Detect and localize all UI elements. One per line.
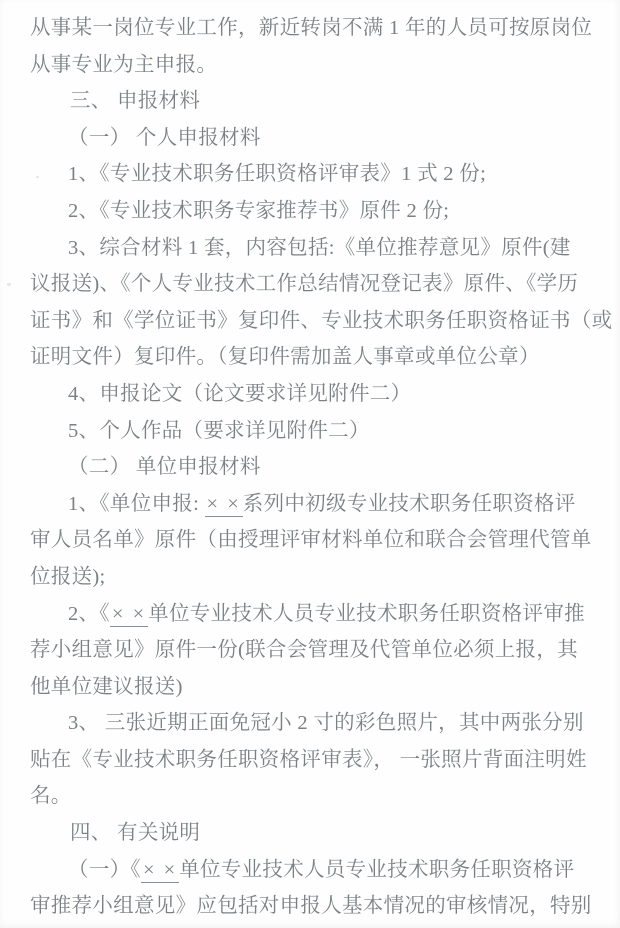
text-segment: 1、《单位申报: <box>68 493 205 515</box>
underlined-blank: × × <box>110 603 148 627</box>
text-line: 证书》和《学位证书》复印件、专业技术职务任职资格证书（或 <box>30 303 596 340</box>
text-segment: （一）《 <box>68 859 141 881</box>
text-segment: 单位专业技术人员专业技术职务任职资格评 <box>179 859 574 881</box>
text-line: 审人员名单》原件（由授理评审材料单位和联合会管理代管单 <box>30 522 596 559</box>
text-line: 2、《× ×单位专业技术人员专业技术职务任职资格评审推 <box>30 596 596 633</box>
document-page: 从事某一岗位专业工作，新近转岗不满 1 年的人员可按原岗位 从事专业为主申报。 … <box>0 0 620 928</box>
text-line: 名。 <box>30 778 596 815</box>
text-segment: 单位专业技术人员专业技术职务任职资格评审推 <box>148 603 585 625</box>
text-line: 议报送)、《个人专业技术工作总结情况登记表》原件、《学历 <box>30 266 596 303</box>
text-line: 3、综合材料 1 套，内容包括:《单位推荐意见》原件(建 <box>30 230 596 267</box>
text-line: 3、 三张近期正面免冠小 2 寸的彩色照片，其中两张分别 <box>30 705 596 742</box>
text-line: 审推荐小组意见》应包括对申报人基本情况的审核情况，特别 <box>30 888 596 925</box>
text-line: 2、《专业技术职务专家推荐书》原件 2 份; <box>30 193 596 230</box>
text-line: 从事某一岗位专业工作，新近转岗不满 1 年的人员可按原岗位 <box>30 10 596 47</box>
sub-heading: （一） 个人申报材料 <box>30 120 596 157</box>
text-line: 位报送); <box>30 559 596 596</box>
scan-speckle <box>36 176 39 178</box>
text-line: 从事专业为主申报。 <box>30 47 596 84</box>
text-line: （一）《× ×单位专业技术人员专业技术职务任职资格评 <box>30 852 596 889</box>
section-heading: 三、 申报材料 <box>30 83 596 120</box>
underlined-blank: × × <box>205 493 243 517</box>
text-line: 4、申报论文（论文要求详见附件二） <box>30 376 596 413</box>
scan-speckle <box>7 283 11 286</box>
underlined-blank: × × <box>141 859 179 883</box>
text-line: 1、《单位申报: × ×系列中初级专业技术职务任职资格评 <box>30 486 596 523</box>
section-heading: 四、 有关说明 <box>30 815 596 852</box>
text-line: 贴在《专业技术职务任职资格评审表》， 一张照片背面注明姓 <box>30 742 596 779</box>
text-segment: 2、《 <box>68 603 110 625</box>
text-line: 1、《专业技术职务任职资格评审表》1 式 2 份; <box>30 156 596 193</box>
text-segment: 系列中初级专业技术职务任职资格评 <box>243 493 576 515</box>
text-line: 他单位建议报送) <box>30 669 596 706</box>
text-line: 荐小组意见》原件一份(联合会管理及代管单位必须上报，其 <box>30 632 596 669</box>
text-line: 5、个人作品（要求详见附件二） <box>30 413 596 450</box>
sub-heading: （二） 单位申报材料 <box>30 449 596 486</box>
text-line: 证明文件）复印件。（复印件需加盖人事章或单位公章） <box>30 339 596 376</box>
